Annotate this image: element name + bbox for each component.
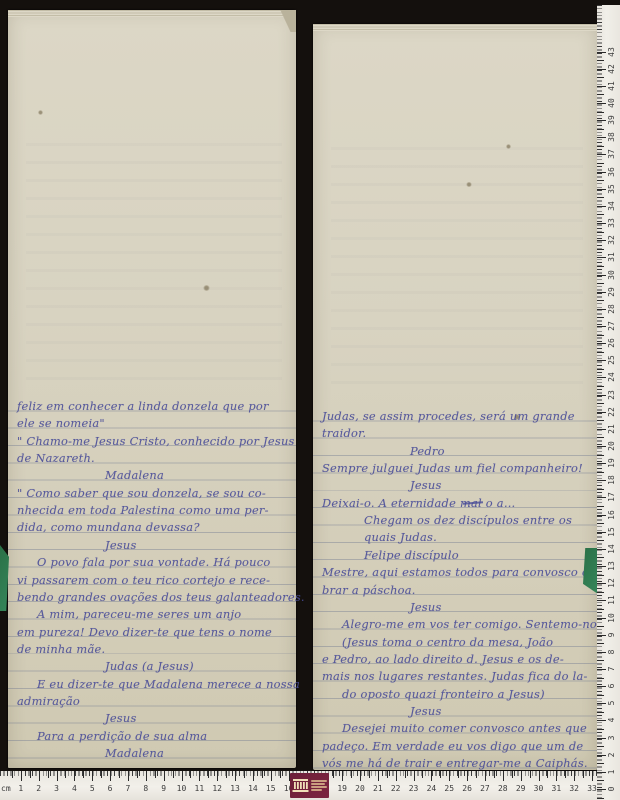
cm-tick [597,635,606,636]
half-cm-tick [262,771,263,778]
half-cm-tick [530,771,531,778]
ruler-number: 42 [606,62,618,76]
ruler-number: 20 [352,784,368,793]
half-cm-tick [173,771,174,778]
manuscript-line: feliz em conhecer a linda donzela que po… [17,398,292,415]
half-cm-tick [190,771,191,778]
archive-stamp [290,773,329,798]
cm-tick [597,686,606,687]
half-cm-tick [597,455,604,456]
half-cm-tick [369,771,370,778]
cm-tick [597,52,606,53]
ruler-number: 22 [388,784,404,793]
ruler-number: 21 [370,784,386,793]
ruler-number: 25 [441,784,457,793]
half-cm-tick [597,403,604,404]
half-cm-tick [597,609,604,610]
half-cm-tick [333,771,334,778]
ruler-number: 36 [606,165,618,179]
ruler-number: 8 [606,645,618,659]
ruler-number: 5 [606,696,618,710]
cm-tick [74,771,75,781]
ruler-number: 23 [606,388,618,402]
manuscript-line: em pureza! Devo dizer-te que tens o nome [17,624,292,641]
half-cm-tick [208,771,209,778]
cm-tick [503,771,504,781]
cm-tick [92,771,93,781]
ruler-number: 34 [606,199,618,213]
ruler-number: 1 [13,784,29,793]
ruler-number: 30 [606,268,618,282]
half-cm-tick [597,695,604,696]
paper-stain [466,182,472,187]
ruler-number: 19 [334,784,350,793]
ruler-number: 39 [606,113,618,127]
cm-tick [556,771,557,781]
manuscript-line: Desejei muito comer convosco antes que [322,720,593,737]
manuscript-line: Judas, se assim procedes, será um grande [322,408,593,425]
cm-tick [128,771,129,781]
manuscript-line: traidor. [322,425,593,442]
manuscript-line: Madalena [17,745,292,762]
half-cm-tick [597,712,604,713]
page-corner-fold [266,10,296,32]
ruler-number: 4 [66,784,82,793]
paper-stain [506,144,511,149]
manuscript-page-left: feliz em conhecer a linda donzela que po… [8,10,296,768]
half-cm-tick [597,232,604,233]
manuscript-line: Felipe discípulo [322,547,593,564]
half-cm-tick [405,771,406,778]
paper-stain [203,285,210,291]
ruler-number: 23 [406,784,422,793]
half-cm-tick [597,557,604,558]
ruler-number: 4 [606,713,618,727]
ruler-number: 9 [606,628,618,642]
cm-tick [57,771,58,781]
half-cm-tick [137,771,138,778]
cm-tick [521,771,522,781]
cm-tick [597,618,606,619]
ruler-number: 14 [606,542,618,556]
half-cm-tick [597,523,604,524]
cm-tick [378,771,379,781]
cm-tick [217,771,218,781]
cm-tick [597,206,606,207]
ruler-number: 16 [606,508,618,522]
cm-tick [597,377,606,378]
manuscript-line: dida, como mundana devassa? [17,519,292,536]
manuscript-line: Mestre, aqui estamos todos para convosco… [322,564,593,581]
manuscript-line: quais Judas. [322,529,593,546]
cm-tick [39,771,40,781]
cm-tick [597,172,606,173]
half-cm-tick [422,771,423,778]
half-cm-tick [597,489,604,490]
half-cm-tick [101,771,102,778]
cm-tick [597,772,606,773]
manuscript-line: vós me há de trair e entregar-me a Caiph… [322,755,593,772]
half-cm-tick [83,771,84,778]
cm-tick [597,429,606,430]
cm-tick [597,703,606,704]
half-cm-tick [597,746,604,747]
half-cm-tick [351,771,352,778]
ruler-number: 30 [531,784,547,793]
cm-tick [597,738,606,739]
cm-tick [146,771,147,781]
ink-bleedthrough [26,130,282,380]
ruler-number: 7 [606,662,618,676]
manuscript-line: " Chamo-me Jesus Cristo, conhecido por J… [17,433,292,450]
half-cm-tick [597,626,604,627]
ruler-number: 28 [495,784,511,793]
cm-tick [597,549,606,550]
cm-tick [597,583,606,584]
cm-tick [467,771,468,781]
cm-tick [592,771,593,781]
cm-tick [199,771,200,781]
half-cm-tick [597,300,604,301]
manuscript-line: de minha mãe. [17,641,292,658]
ruler-number: 27 [606,319,618,333]
ruler-number: 10 [606,611,618,625]
ruler-number: 24 [423,784,439,793]
cm-tick [342,771,343,781]
half-cm-tick [458,771,459,778]
ruler-number: 43 [606,45,618,59]
half-cm-tick [597,575,604,576]
manuscript-line: padeço. Em verdade eu vos digo que um de [322,738,593,755]
cm-tick [597,600,606,601]
half-cm-tick [597,386,604,387]
ruler-number: 24 [606,370,618,384]
half-cm-tick [597,283,604,284]
half-cm-tick [597,146,604,147]
cm-tick [597,137,606,138]
ruler-number: 29 [513,784,529,793]
manuscript-line: Sempre julguei Judas um fiel companheiro… [322,460,593,477]
ruler-number: 33 [606,216,618,230]
manuscript-line: A mim, pareceu-me seres um anjo [17,606,292,623]
half-cm-tick [597,197,604,198]
cm-tick [597,789,606,790]
ruler-number: 35 [606,182,618,196]
manuscript-line: Jesus [322,477,593,494]
cm-tick [597,257,606,258]
ruler-number: 26 [459,784,475,793]
ruler-number: 20 [606,439,618,453]
ruler-number: 31 [606,250,618,264]
half-cm-tick [547,771,548,778]
manuscript-line: Para a perdição de sua alma [17,728,292,745]
cm-tick [164,771,165,781]
half-cm-tick [244,771,245,778]
ruler-number: 3 [49,784,65,793]
cm-tick [182,771,183,781]
half-cm-tick [597,678,604,679]
cm-tick [597,292,606,293]
manuscript-line: Madalena [17,467,292,484]
cm-tick [431,771,432,781]
manuscript-line: Pedro [322,443,593,460]
cm-tick [597,360,606,361]
half-cm-tick [280,771,281,778]
cm-tick [597,515,606,516]
half-cm-tick [226,771,227,778]
half-cm-tick [597,437,604,438]
half-cm-tick [597,77,604,78]
cm-tick [597,720,606,721]
half-cm-tick [119,771,120,778]
ruler-number: 31 [548,784,564,793]
ruler-number: 18 [606,473,618,487]
cm-tick [597,446,606,447]
ruler-number: 8 [138,784,154,793]
half-cm-tick [565,771,566,778]
ruler-number: 2 [31,784,47,793]
ruler-number: 37 [606,147,618,161]
cm-tick [597,395,606,396]
cm-tick [253,771,254,781]
ruler-number: 5 [84,784,100,793]
ruler-number: 13 [227,784,243,793]
half-cm-tick [597,180,604,181]
cm-tick [597,240,606,241]
ruler-number: 19 [606,456,618,470]
ink-bleedthrough [331,134,583,394]
half-cm-tick [494,771,495,778]
half-cm-tick [597,129,604,130]
cm-tick [597,120,606,121]
cm-tick [449,771,450,781]
ruler-number: 9 [156,784,172,793]
cm-tick [597,103,606,104]
ruler-unit-label: cm [1,784,11,793]
cm-tick [396,771,397,781]
cm-tick [539,771,540,781]
cm-tick [597,189,606,190]
ruler-number: 32 [606,233,618,247]
half-cm-tick [476,771,477,778]
ruler-number: 3 [606,731,618,745]
ruler-number: 21 [606,422,618,436]
cm-tick [360,771,361,781]
ruler-number: 11 [191,784,207,793]
paper-stain [38,110,43,115]
manuscript-line: Deixai-o. A eternidade mal o a… [322,495,593,512]
half-cm-tick [597,660,604,661]
ruler-number: 6 [606,679,618,693]
cm-tick [597,532,606,533]
cm-tick [271,771,272,781]
cm-tick [597,69,606,70]
cm-tick [574,771,575,781]
cm-tick [597,463,606,464]
manuscript-line: vi passarem com o teu rico cortejo e rec… [17,572,292,589]
manuscript-line: Alegro-me em vos ter comigo. Sentemo-nos [322,616,593,633]
ruler-number: 32 [566,784,582,793]
manuscript-line: de Nazareth. [17,450,292,467]
ruler-number: 38 [606,130,618,144]
half-cm-tick [387,771,388,778]
ruler-number: 1 [606,765,618,779]
half-cm-tick [597,249,604,250]
cm-tick [414,771,415,781]
ruler-number: 10 [174,784,190,793]
stamp-text-lines [311,780,327,790]
cm-tick [597,480,606,481]
cm-tick [597,154,606,155]
ruler-number: 27 [477,784,493,793]
half-cm-tick [597,798,604,799]
half-cm-tick [597,420,604,421]
ruler-number: 28 [606,302,618,316]
cm-tick [597,412,606,413]
half-cm-tick [48,771,49,778]
manuscript-line: e Pedro, ao lado direito d. Jesus e os d… [322,651,593,668]
half-cm-tick [597,472,604,473]
manuscript-line: mais nos lugares restantes. Judas fica d… [322,668,593,685]
half-cm-tick [597,60,604,61]
ruler-number: 12 [606,576,618,590]
cm-tick [21,771,22,781]
manuscript-line: Judas (a Jesus) [17,658,292,675]
ruler-number: 25 [606,353,618,367]
half-cm-tick [597,163,604,164]
cm-tick [597,86,606,87]
half-cm-tick [597,540,604,541]
half-cm-tick [597,763,604,764]
vertical-cm-ruler: 0123456789101112131415161718192021222324… [597,5,620,800]
cm-tick [597,309,606,310]
half-cm-tick [65,771,66,778]
manuscript-line: (Jesus toma o centro da mesa, João [322,634,593,651]
ruler-number: 11 [606,593,618,607]
cm-tick [597,497,606,498]
ruler-number: 15 [263,784,279,793]
half-cm-tick [597,112,604,113]
stacked-sheet-edges [8,10,296,17]
manuscript-line: Jesus [17,710,292,727]
half-cm-tick [597,643,604,644]
ruler-number: 6 [102,784,118,793]
half-cm-tick [597,729,604,730]
scanned-manuscript-spread: { "pages": { "left": { "lines": [ {"text… [0,0,620,800]
manuscript-line: O povo fala por sua vontade. Há pouco [17,554,292,571]
cm-tick [110,771,111,781]
ruler-number: 13 [606,559,618,573]
manuscript-line: E eu dizer-te que Madalena merece a noss… [17,676,292,693]
manuscript-line: Jesus [322,599,593,616]
half-cm-tick [597,94,604,95]
cm-tick [597,652,606,653]
half-cm-tick [597,780,604,781]
half-cm-tick [597,506,604,507]
half-cm-tick [597,266,604,267]
half-cm-tick [30,771,31,778]
ruler-number: 22 [606,405,618,419]
half-cm-tick [440,771,441,778]
manuscript-line: admiração [17,693,292,710]
ruler-number: 29 [606,285,618,299]
half-cm-tick [597,352,604,353]
half-cm-tick [597,335,604,336]
cm-tick [597,343,606,344]
ruler-number: 2 [606,748,618,762]
ruler-number: 0 [606,782,618,796]
half-cm-tick [155,771,156,778]
manuscript-line: ele se nomeia" [17,415,292,432]
half-cm-tick [512,771,513,778]
half-cm-tick [597,592,604,593]
cm-tick [597,669,606,670]
cm-tick [235,771,236,781]
stacked-sheet-edges [313,24,597,31]
ruler-number: 12 [209,784,225,793]
cm-tick [597,275,606,276]
ruler-number: 17 [606,490,618,504]
ruler-number: 14 [245,784,261,793]
manuscript-line: brar a páschoa. [322,582,593,599]
half-cm-tick [597,214,604,215]
cm-tick [597,755,606,756]
ruler-number: 15 [606,525,618,539]
cm-tick [597,566,606,567]
half-cm-tick [12,771,13,778]
half-cm-tick [583,771,584,778]
manuscript-page-right: Judas, se assim procedes, será um grande… [313,24,597,770]
manuscript-line: Chegam os dez discípulos entre os [322,512,593,529]
ruler-number: 26 [606,336,618,350]
manuscript-line: " Como saber que sou donzela, se sou co- [17,485,292,502]
ruler-number: 40 [606,96,618,110]
ruler-number: 7 [120,784,136,793]
manuscript-line: nhecida em toda Palestina como uma per- [17,502,292,519]
manuscript-line: Jesus [322,703,593,720]
cm-tick [597,326,606,327]
manuscript-line: Jesus [17,537,292,554]
archive-building-icon [292,778,309,793]
cm-tick [597,223,606,224]
cm-tick [485,771,486,781]
manuscript-line: bendo grandes ovações dos teus galantead… [17,589,292,606]
half-cm-tick [597,317,604,318]
manuscript-line: do oposto quazi fronteiro a Jesus) [322,686,593,703]
ruler-number: 41 [606,79,618,93]
half-cm-tick [597,369,604,370]
